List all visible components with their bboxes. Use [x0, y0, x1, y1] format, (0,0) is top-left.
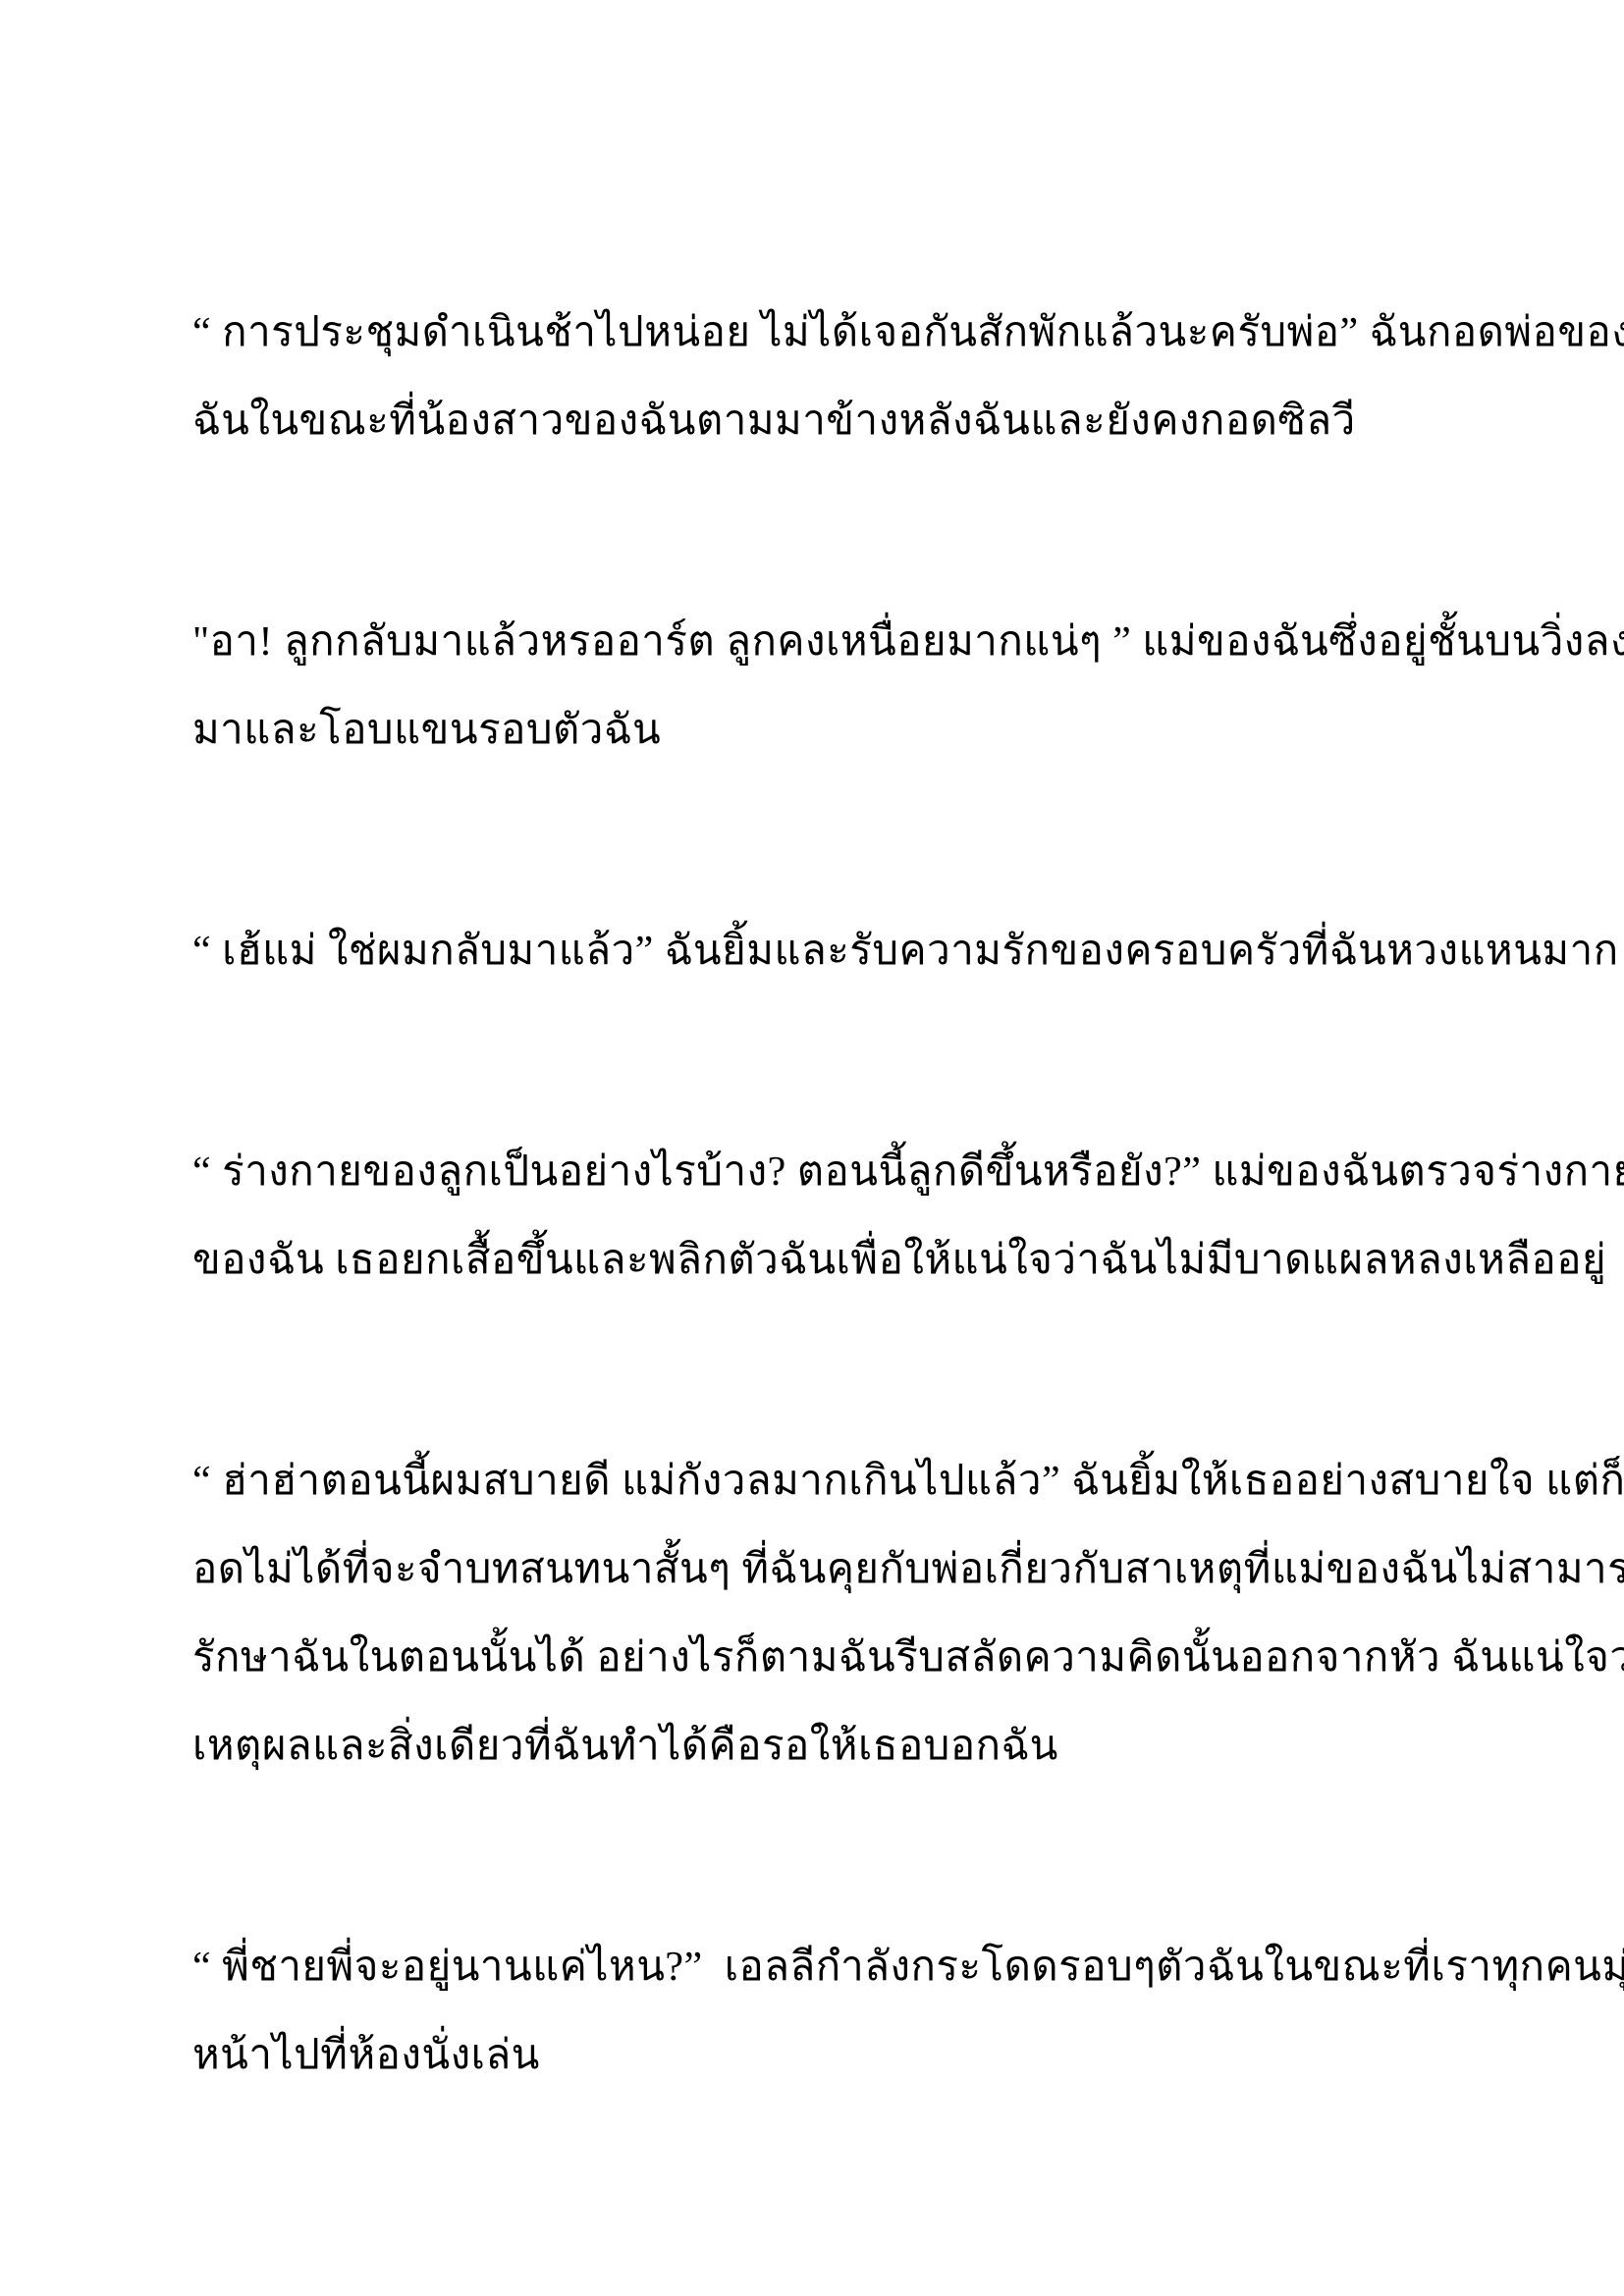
text-line: ฉันในขณะที่น้องสาวของฉันตามมาข้างหลังฉัน… [192, 377, 1467, 465]
text-line: เหตุผลและสิ่งเดียวที่ฉันทำได้คือรอให้เธอ… [192, 1702, 1467, 1790]
text-line: ของฉัน เธอยกเสื้อขึ้นและพลิกตัวฉันเพื่อใ… [192, 1216, 1467, 1305]
document-page: “ การประชุมดำเนินช้าไปหน่อย ไม่ได้เจอกัน… [0, 0, 1624, 2296]
paragraph-1: “ การประชุมดำเนินช้าไปหน่อย ไม่ได้เจอกัน… [192, 289, 1467, 465]
text-line: หน้าไปที่ห้องนั่งเล่น [192, 2011, 1467, 2100]
text-line: "อา! ลูกกลับมาแล้วหรออาร์ต ลูกคงเหนื่อยม… [192, 598, 1467, 686]
paragraph-2: "อา! ลูกกลับมาแล้วหรออาร์ต ลูกคงเหนื่อยม… [192, 598, 1467, 774]
text-line: “ ฮ่าฮ่าตอนนี้ผมสบายดี แม่กังวลมากเกินไป… [192, 1437, 1467, 1525]
paragraph-4: “ ร่างกายของลูกเป็นอย่างไรบ้าง? ตอนนี้ลู… [192, 1128, 1467, 1305]
text-line: “ การประชุมดำเนินช้าไปหน่อย ไม่ได้เจอกัน… [192, 289, 1467, 377]
paragraph-3: “ เฮ้แม่ ใช่ผมกลับมาแล้ว” ฉันยิ้มและรับค… [192, 907, 1467, 995]
paragraph-5: “ ฮ่าฮ่าตอนนี้ผมสบายดี แม่กังวลมากเกินไป… [192, 1437, 1467, 1790]
text-line: รักษาฉันในตอนนั้นได้ อย่างไรก็ตามฉันรีบส… [192, 1614, 1467, 1702]
text-line: “ พี่ชายพี่จะอยู่นานแค่ไหน?” เอลลีกำลังก… [192, 1923, 1467, 2011]
paragraph-6: “ พี่ชายพี่จะอยู่นานแค่ไหน?” เอลลีกำลังก… [192, 1923, 1467, 2100]
text-line: มาและโอบแขนรอบตัวฉัน [192, 686, 1467, 774]
text-line: “ เฮ้แม่ ใช่ผมกลับมาแล้ว” ฉันยิ้มและรับค… [192, 907, 1467, 995]
text-line: อดไม่ได้ที่จะจำบทสนทนาสั้นๆ ที่ฉันคุยกับ… [192, 1525, 1467, 1614]
text-line: “ ร่างกายของลูกเป็นอย่างไรบ้าง? ตอนนี้ลู… [192, 1128, 1467, 1216]
